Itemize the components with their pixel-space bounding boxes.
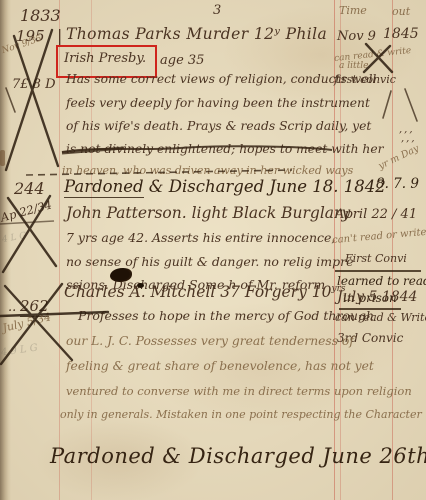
entry1-body-line: feels very deeply for having been the in…: [66, 96, 370, 110]
entry1-out-year: 1845: [383, 26, 419, 42]
entry1-discharge-margin-number: 244: [14, 179, 45, 198]
entry1-name-line: Thomas Parks Murder 12ʸ Phila: [66, 25, 327, 43]
entry1-out-month: Nov 9: [337, 29, 376, 44]
entry1-literacy-note-2: a little: [339, 61, 368, 71]
entry1-age: age 35: [160, 53, 204, 68]
entry1-body-line-struck: is not divinely enlightened; hopes to me…: [66, 142, 384, 156]
entry3-margin-dots: ..: [8, 300, 16, 315]
entry3-body-line: Professes to hope in the mercy of God th…: [78, 308, 374, 323]
entry3-name-line: Charles A. Mitchell 37 Forgery 10yrs: [64, 283, 346, 301]
entry3-body-line: feeling & great share of benevolence, ha…: [66, 359, 374, 373]
page-number: 3: [213, 3, 221, 18]
footer-discharge-line: Pardoned & Discharged June 26th 1840: [50, 444, 426, 468]
entry1-body-line: Has some correct views of religion, cond…: [66, 72, 376, 86]
discharge-word-underlined: Pardoned: [64, 177, 144, 198]
right-column-underline: [335, 270, 421, 272]
entry2-body-line: 7 yrs age 42. Asserts his entire innocen…: [66, 230, 335, 245]
entry3-out-date: July 5 1844: [337, 289, 417, 305]
entry3-body-line: ventured to converse with me in direct t…: [66, 384, 412, 398]
entry1-tick-mark: |: [57, 26, 62, 45]
entry2-in-date: April 22 / 41: [335, 207, 417, 222]
entry2-body-line: no sense of his guilt & danger. no relig…: [66, 254, 353, 269]
discharge-rest: & Discharged June 18. 1842: [144, 177, 386, 196]
pen-slash-mark: [405, 89, 417, 121]
entry3-body-line: only in generals. Mistaken in one point …: [60, 408, 422, 421]
entry2-literacy-note: can't read or write: [332, 227, 426, 246]
column-header-out: out: [392, 5, 410, 18]
entry1-margin-fee: 7£ 8 D: [12, 77, 56, 92]
entry2-name-line: John Patterson. light Black Burglary: [66, 204, 350, 222]
entry3-name-main: Charles A. Mitchell 37 Forgery 10: [64, 283, 332, 301]
pen-slash-mark: [383, 91, 391, 118]
entry3-body-line: our L. J. C. Possesses very great tender…: [66, 334, 354, 348]
entry2-conviction-note: First Convi: [345, 252, 407, 265]
binding-edge: [0, 0, 11, 500]
year-heading: 1833: [20, 6, 61, 25]
ditto-marks-row: ,,,: [401, 133, 417, 144]
entry1-discharge-line: Pardoned & Discharged June 18. 1842: [64, 177, 386, 196]
entry1-body-line-struck-2: in heaven, who was driven away in her wi…: [62, 164, 353, 177]
column-header-time: Time: [339, 4, 367, 17]
entry1-body-line: of his wife's death. Prays & reads Scrip…: [66, 119, 371, 133]
ledger-page: 1833 3 Time out 195 Nov 9/35 7£ 8 D | Th…: [0, 0, 426, 500]
entry2-note-learned: learned to read: [337, 274, 426, 288]
cross-out-mark-entry1: [14, 36, 58, 166]
entry1-religion: Irish Presby.: [64, 51, 146, 66]
edge-mark: [0, 150, 5, 166]
